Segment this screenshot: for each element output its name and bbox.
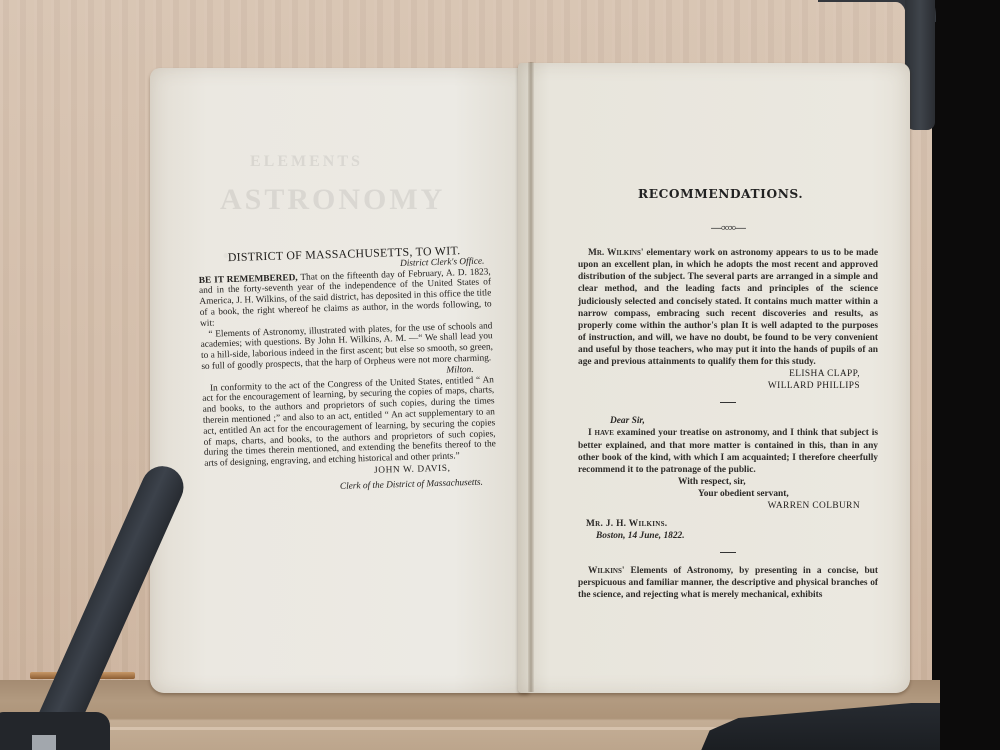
copyright-notice: DISTRICT OF MASSACHUSETTS, TO WIT. Distr… xyxy=(198,244,497,496)
rec1-body: elementary work on astronomy appears to … xyxy=(578,248,878,367)
conformity-paragraph: In conformity to the act of the Congress… xyxy=(202,375,496,470)
rec1-lead: Mr. Wilkins' xyxy=(588,248,643,258)
closing-line-2: Your obedient servant, xyxy=(578,488,878,500)
addressee: Mr. J. H. Wilkins. xyxy=(578,518,878,530)
recommendations: RECOMMENDATIONS. —∞∞— Mr. Wilkins' eleme… xyxy=(578,188,878,602)
ornament-divider-icon: —∞∞— xyxy=(578,222,878,234)
rec3-lead: Wilkins' xyxy=(588,566,625,576)
book-gutter xyxy=(528,62,534,692)
signer-colburn: WARREN COLBURN xyxy=(578,500,878,512)
dark-background xyxy=(932,0,1000,750)
signer-phillips: WILLARD PHILLIPS xyxy=(578,380,878,392)
section-rule xyxy=(720,552,736,553)
recommendation-1: Mr. Wilkins' elementary work on astronom… xyxy=(578,247,878,368)
remembered-paragraph: BE IT REMEMBERED, That on the fifteenth … xyxy=(199,267,492,330)
place-date: Boston, 14 June, 1822. xyxy=(578,530,878,542)
recommendation-3: Wilkins' Elements of Astronomy, by prese… xyxy=(578,565,878,601)
book-stand-metal-tip xyxy=(32,735,56,750)
signer-clapp: ELISHA CLAPP, xyxy=(578,368,878,380)
recommendation-2: I have examined your treatise on astrono… xyxy=(578,427,878,475)
rec2-lead: I have xyxy=(588,428,614,438)
closing-line-1: With respect, sir, xyxy=(578,476,878,488)
recommendations-heading: RECOMMENDATIONS. xyxy=(638,188,878,200)
salutation: Dear Sir, xyxy=(578,415,878,427)
rec2-body: examined your treatise on astronomy, and… xyxy=(578,428,878,474)
showthrough-text: ELEMENTS xyxy=(250,153,363,171)
section-rule xyxy=(720,402,736,403)
showthrough-text: ASTRONOMY xyxy=(220,183,445,217)
